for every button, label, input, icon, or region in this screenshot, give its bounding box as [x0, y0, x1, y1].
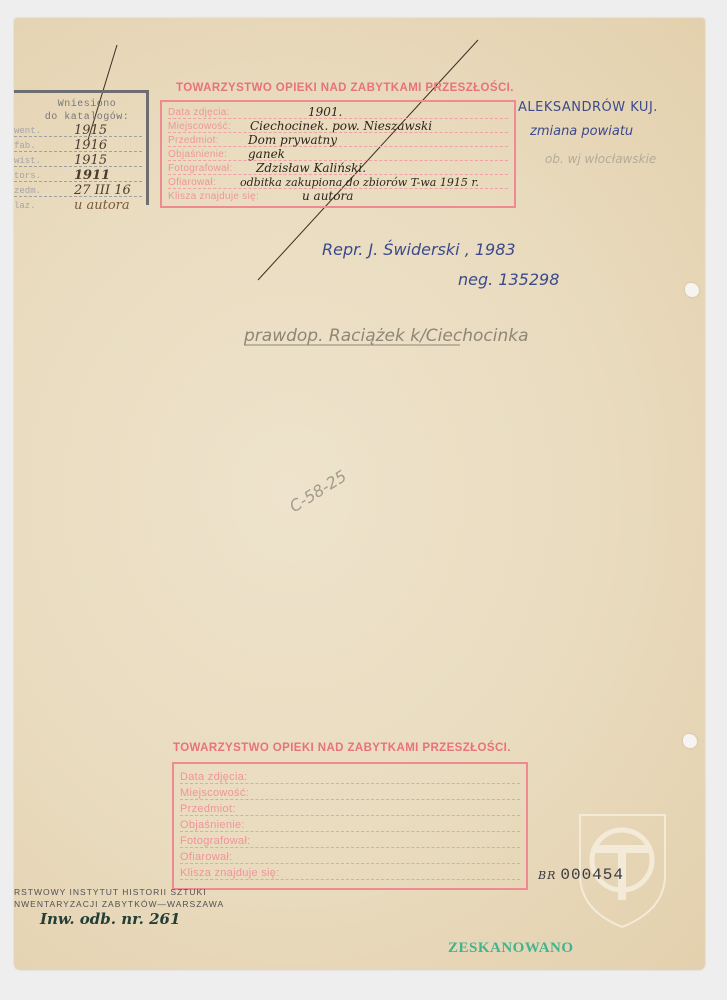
catalog-row: fab.1916	[14, 138, 142, 152]
margin-note-pencil: ob. wj włocławskie	[545, 152, 656, 166]
stamp-field-date: Data zdjęcia:	[180, 768, 520, 784]
registration-number: BR000454	[538, 866, 624, 884]
stamp-field-photographer: Fotografował:Zdzisław Kaliński.	[168, 160, 508, 175]
top-stamp-title: TOWARZYSTWO OPIEKI NAD ZABYTKAMI PRZESZŁ…	[176, 82, 514, 94]
catalog-row: laz.u autora	[14, 198, 142, 211]
institute-stamp: RSTWOWY INSTYTUT HISTORII SZTUKI NWENTAR…	[14, 886, 224, 910]
stamp-field-photographer: Fotografował:	[180, 832, 520, 848]
stamp-field-donor: Ofiarował:	[180, 848, 520, 864]
stamp-field-date: Data zdjęcia:1901.	[168, 104, 508, 119]
negative-number: neg. 135298	[458, 270, 559, 289]
location-note: prawdop. Raciążek k/Ciechocinka	[244, 326, 529, 346]
stamp-field-negative: Klisza znajduje się:u autora	[168, 188, 508, 202]
stamp-field-donor: Ofiarował:odbitka zakupiona do zbiorów T…	[168, 174, 508, 189]
registration-digits: 000454	[560, 866, 624, 884]
inventory-number: Inw. odb. nr. 261	[40, 910, 180, 928]
reproduction-note: Repr. J. Świderski , 1983	[322, 240, 516, 259]
catalog-stamp: Wniesiono do katalogów: went.1915 fab.19…	[14, 90, 149, 205]
institute-line1: RSTWOWY INSTYTUT HISTORII SZTUKI	[14, 886, 224, 898]
catalog-row: tors.1911	[14, 168, 142, 182]
bottom-stamp-box: Data zdjęcia: Miejscowość: Przedmiot: Ob…	[172, 762, 528, 890]
margin-note-change: zmiana powiatu	[530, 124, 633, 139]
stamp-field-negative: Klisza znajduje się:	[180, 864, 520, 880]
catalog-title-line1: Wniesiono	[32, 98, 142, 111]
stamp-field-place: Miejscowość:	[180, 784, 520, 800]
stamp-field-description: Objaśnienie:	[180, 816, 520, 832]
stamp-field-subject: Przedmiot:	[180, 800, 520, 816]
margin-note-county: ALEKSANDRÓW KUJ.	[518, 100, 658, 115]
catalog-row: zedm.27 III 16	[14, 183, 142, 197]
registration-prefix: BR	[538, 869, 556, 882]
catalog-stamp-title: Wniesiono do katalogów:	[32, 98, 142, 124]
bottom-stamp-title: TOWARZYSTWO OPIEKI NAD ZABYTKAMI PRZESZŁ…	[173, 742, 511, 754]
stamp-field-place: Miejscowość:Ciechocinek. pow. Nieszawski	[168, 118, 508, 133]
top-stamp-box: Data zdjęcia:1901. Miejscowość:Ciechocin…	[160, 100, 516, 208]
catalog-row: wist.1915	[14, 153, 142, 167]
institute-line2: NWENTARYZACJI ZABYTKÓW—WARSZAWA	[14, 898, 224, 910]
stamp-field-description: Objaśnienie:ganek	[168, 146, 508, 161]
stamp-field-subject: Przedmiot:Dom prywatny	[168, 132, 508, 147]
scanned-stamp: ZESKANOWANO	[448, 940, 574, 957]
catalog-row: went.1915	[14, 123, 142, 137]
